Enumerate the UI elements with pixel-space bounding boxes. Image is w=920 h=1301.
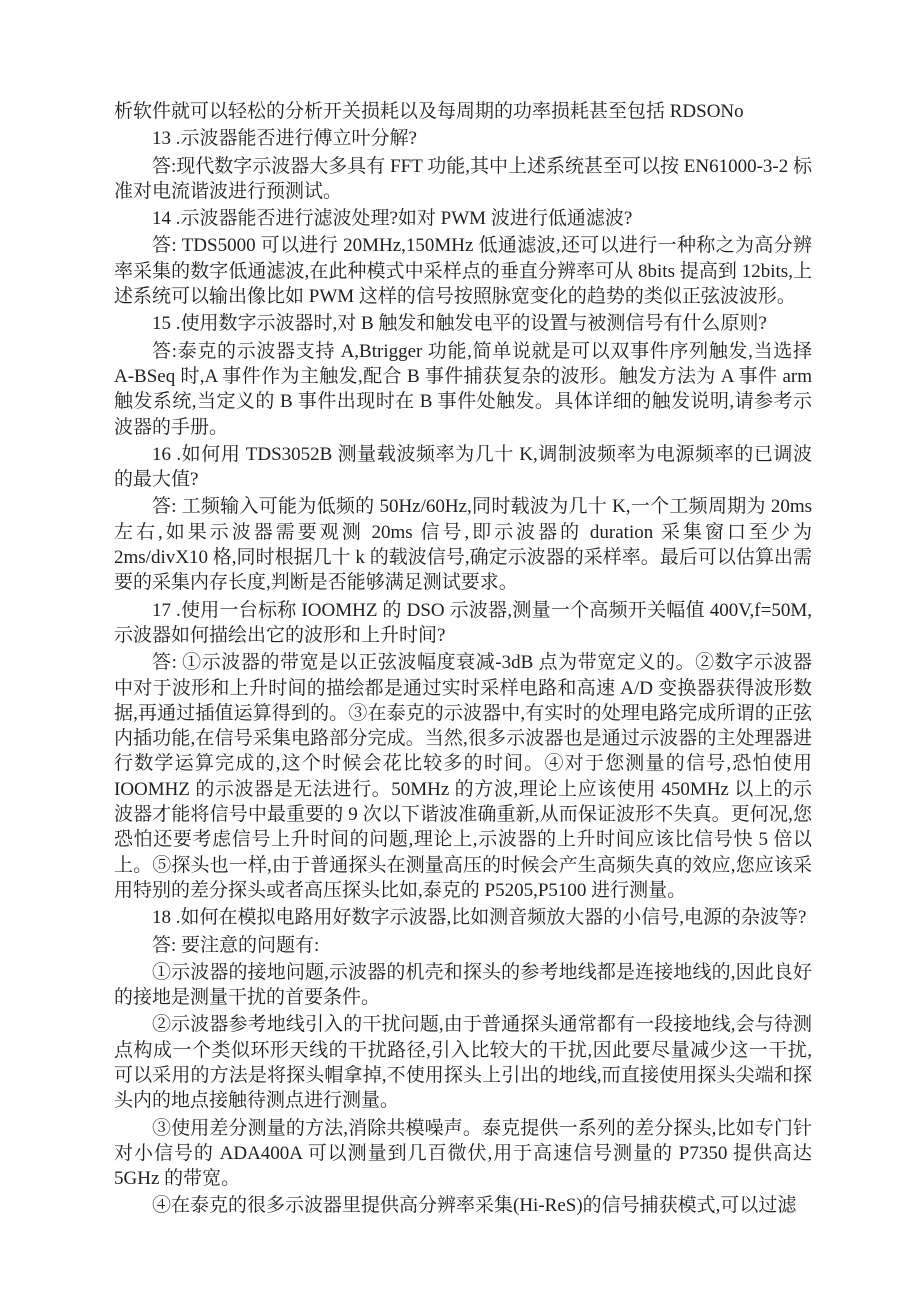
question-17: 17 .使用一台标称 IOOMHZ 的 DSO 示波器,测量一个高频开关幅值 4… xyxy=(114,598,812,649)
answer-18-point-4: ④在泰克的很多示波器里提供高分辨率采集(Hi-ReS)的信号捕获模式,可以过滤 xyxy=(114,1193,812,1218)
answer-18-point-1: ①示波器的接地问题,示波器的机壳和探头的参考地线都是连接地线的,因此良好的接地是… xyxy=(114,960,812,1011)
answer-18-point-3: ③使用差分测量的方法,消除共模噪声。泰克提供一系列的差分探头,比如专门针对小信号… xyxy=(114,1116,812,1192)
question-14: 14 .示波器能否进行滤波处理?如对 PWM 波进行低通滤波? xyxy=(114,206,812,231)
answer-18-intro: 答: 要注意的问题有: xyxy=(114,933,812,958)
question-13: 13 .示波器能否进行傅立叶分解? xyxy=(114,126,812,151)
question-15: 15 .使用数字示波器时,对 B 触发和触发电平的设置与被测信号有什么原则? xyxy=(114,311,812,336)
question-16: 16 .如何用 TDS3052B 测量载波频率为几十 K,调制波频率为电源频率的… xyxy=(114,442,812,493)
answer-13: 答:现代数字示波器大多具有 FFT 功能,其中上述系统甚至可以按 EN61000… xyxy=(114,154,812,205)
answer-16: 答: 工频输入可能为低频的 50Hz/60Hz,同时载波为几十 K,一个工频周期… xyxy=(114,494,812,595)
answer-18-point-2: ②示波器参考地线引入的干扰问题,由于普通探头通常都有一段接地线,会与待测点构成一… xyxy=(114,1012,812,1113)
document-page: 析软件就可以轻松的分析开关损耗以及每周期的功率损耗甚至包括 RDSONo 13 … xyxy=(0,0,920,1301)
answer-14: 答: TDS5000 可以进行 20MHz,150MHz 低通滤波,还可以进行一… xyxy=(114,233,812,309)
answer-15: 答:泰克的示波器支持 A,Btrigger 功能,简单说就是可以双事件序列触发,… xyxy=(114,339,812,440)
paragraph-continuation: 析软件就可以轻松的分析开关损耗以及每周期的功率损耗甚至包括 RDSONo xyxy=(114,99,812,124)
question-18: 18 .如何在模拟电路用好数字示波器,比如测音频放大器的小信号,电源的杂波等? xyxy=(114,905,812,930)
document-content: 析软件就可以轻松的分析开关损耗以及每周期的功率损耗甚至包括 RDSONo 13 … xyxy=(114,99,812,1221)
answer-17: 答: ①示波器的带宽是以正弦波幅度衰减-3dB 点为带宽定义的。②数字示波器中对… xyxy=(114,650,812,903)
